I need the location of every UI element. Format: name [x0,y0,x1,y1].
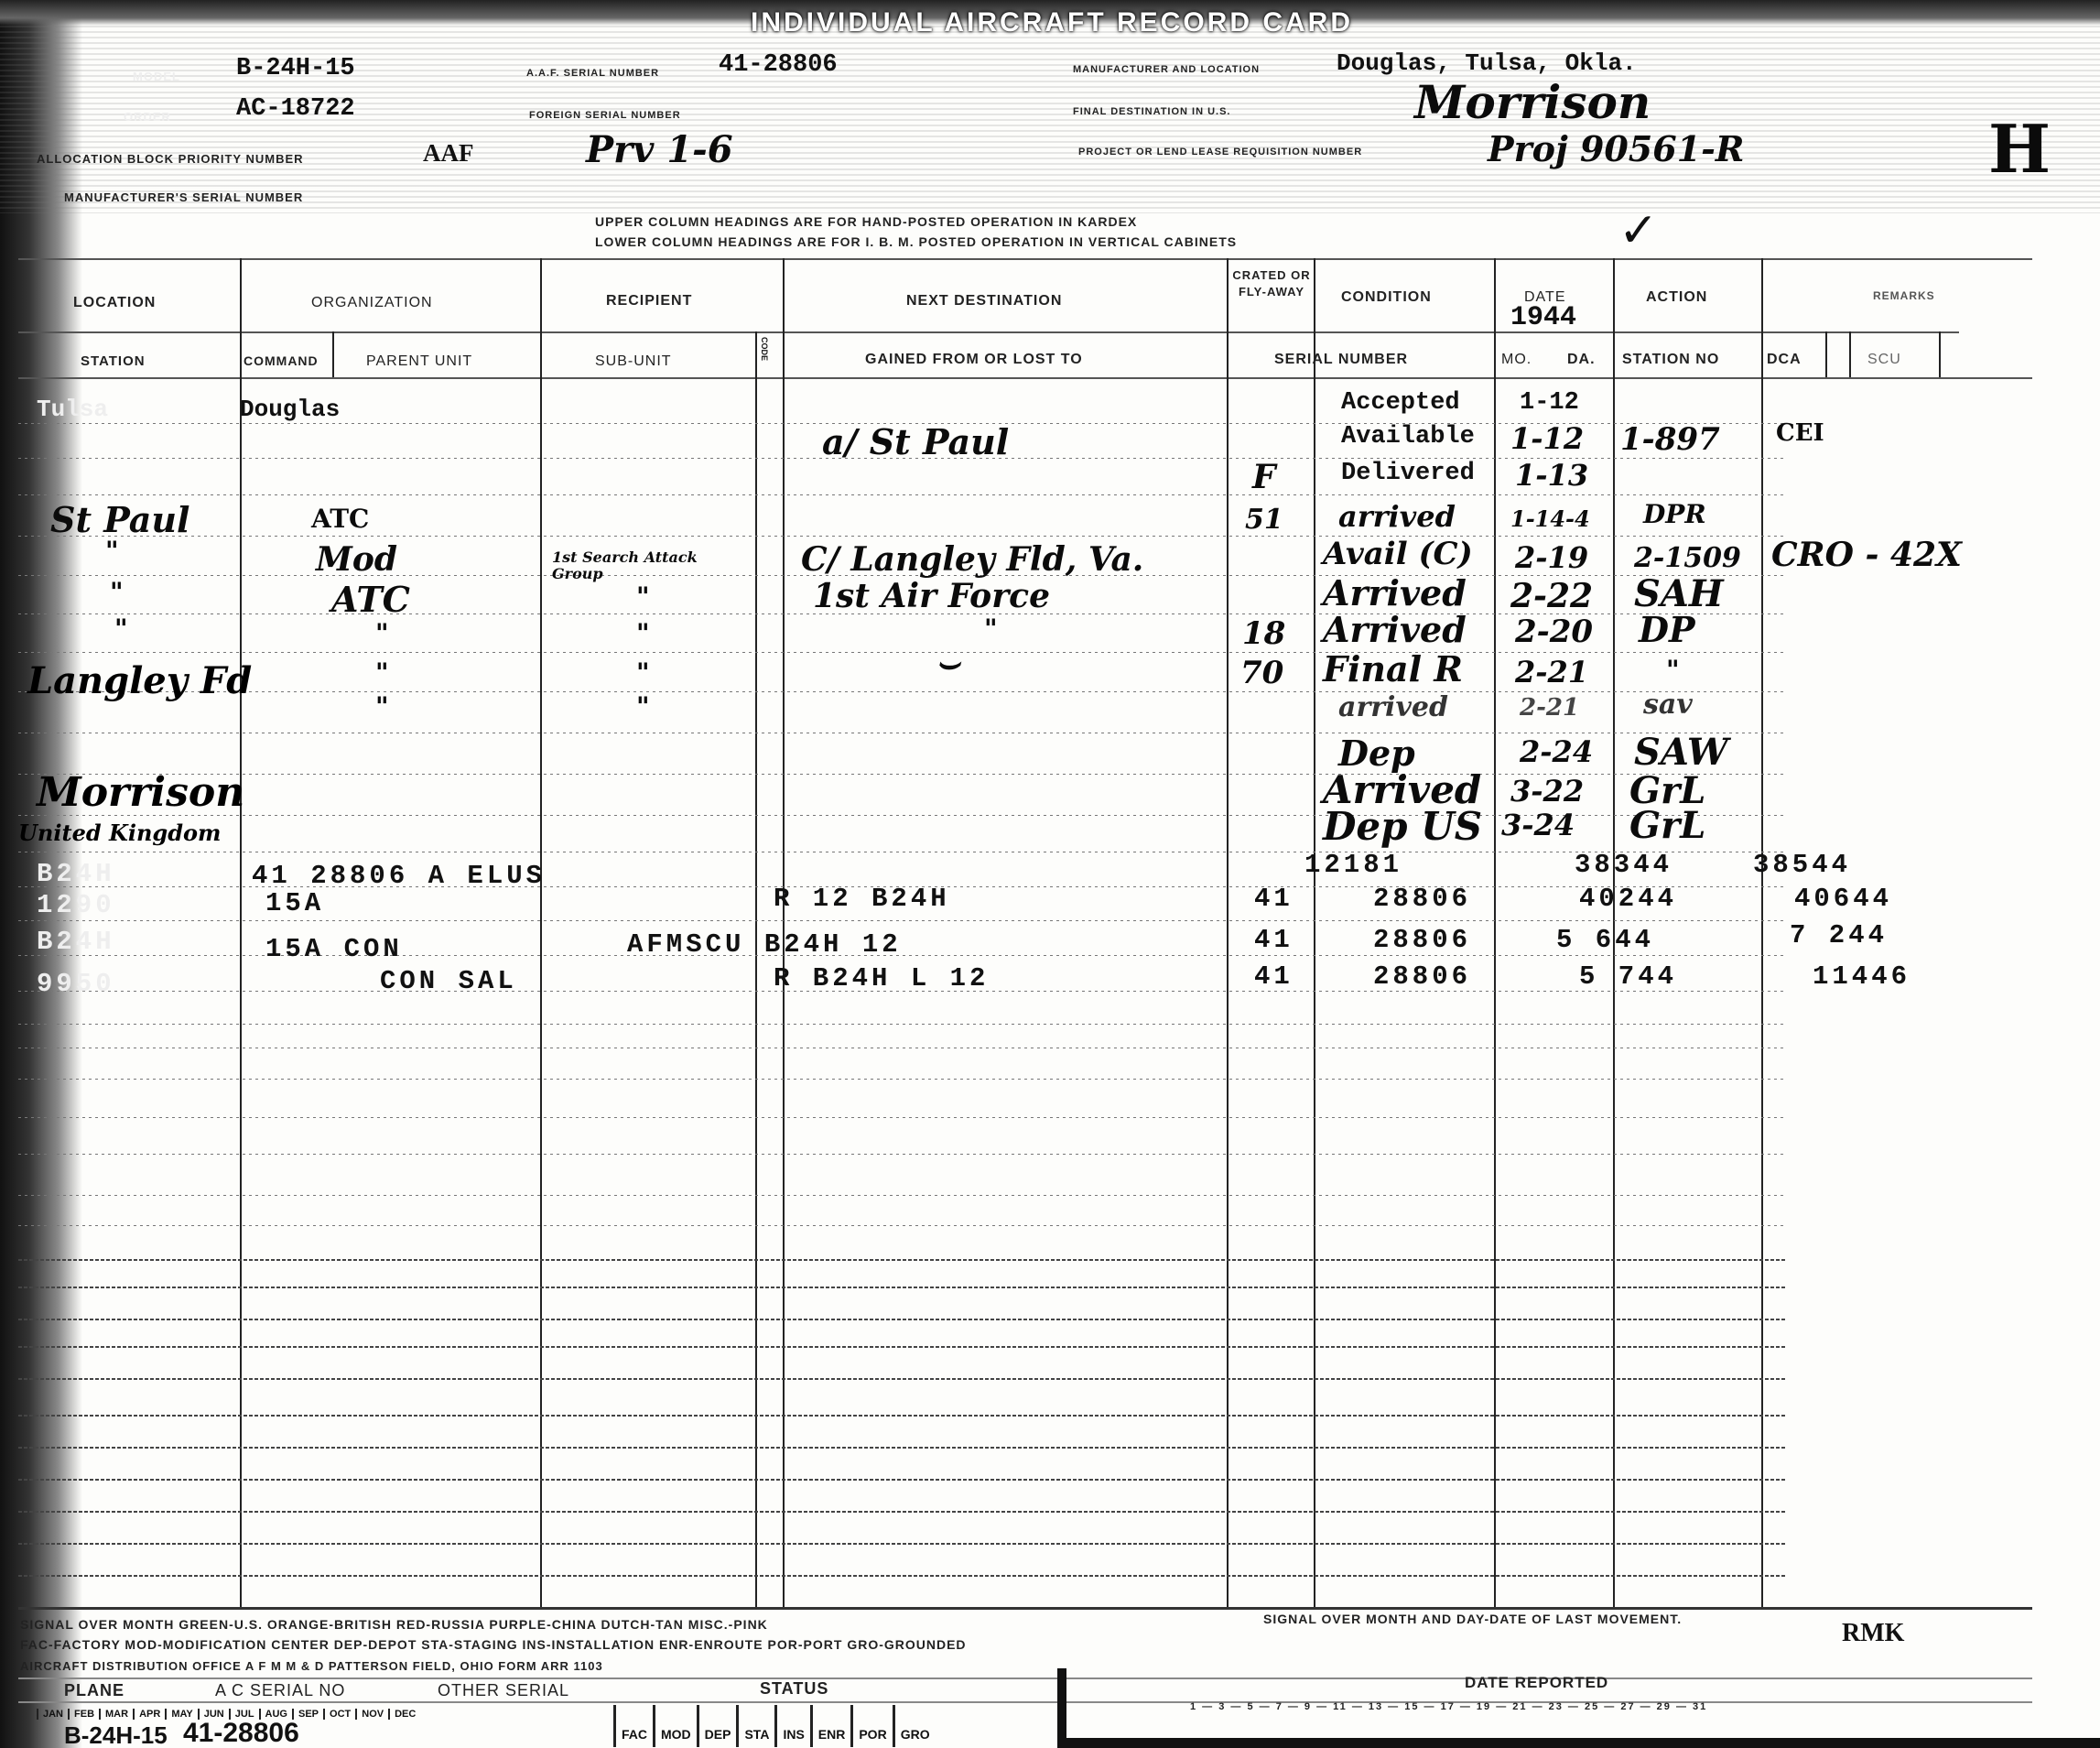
ibm-row-3-station: 9950 [37,969,115,999]
status-mod[interactable]: MOD [653,1705,697,1747]
entry-8-action: sav [1643,689,1693,721]
col-head-organization: ORGANIZATION [311,295,433,311]
row-rule [18,1287,1785,1288]
row-rule [18,1511,1785,1513]
col-line-dca2 [1849,331,1851,377]
row-rule [18,1575,1785,1577]
entry-1-remarks: CEI [1776,419,1824,447]
footer-office-line: AIRCRAFT DISTRIBUTION OFFICE A F M M & D… [20,1659,603,1673]
entry-11-condition: Dep US [1323,804,1482,849]
date-reported-day-scale: 1 — 3 — 5 — 7 — 9 — 11 — 13 — 15 — 17 — … [1190,1701,1707,1712]
entry-1-action: 1-897 [1620,421,1720,458]
ibm-row-2-model: AFMSCU B24H 12 [627,929,902,960]
row-rule [18,1378,1785,1380]
status-code-row: FACMODDEPSTAINSENRPORGRO [613,1705,936,1747]
entry-7-organization: " [375,657,389,688]
entry-10-date: 3-22 [1510,774,1584,809]
month-mar[interactable]: MAR [99,1709,133,1720]
footer-signal-legend: SIGNAL OVER MONTH GREEN-U.S. ORANGE-BRIT… [20,1617,768,1632]
col-sub-scu: SCU [1867,352,1901,368]
ibm-row-3-remarks: 11446 [1813,961,1911,992]
row-rule [18,536,1785,537]
entry-0-date: 1-12 [1520,389,1579,417]
ibm-row-1-model: R 12 B24H [774,884,950,914]
entry-4-location: " [105,536,119,566]
entry-4-remarks: CRO - 42X [1771,536,1962,574]
col-sub-station-no: STATION NO [1622,352,1719,368]
col-sub-da: DA. [1567,352,1596,368]
entry-7-crated: 70 [1240,655,1283,691]
order-label: ORDER [124,110,171,124]
col-sub-sub-unit: SUB-UNIT [595,353,672,370]
footer-plane-value: B-24H-15 [64,1721,168,1748]
col-line-7 [1494,258,1496,1609]
row-rule [18,1048,1785,1048]
header-mid-rule [18,331,1959,333]
ibm-row-1-date: 40244 [1579,884,1677,914]
row-rule [18,852,1785,852]
card-bottom-edge [1062,1738,2100,1748]
row-rule [18,1415,1785,1417]
entry-7-location: Langley Fd [27,659,252,702]
model-value: B-24H-15 [236,55,355,82]
body-bottom-rule [18,1607,2032,1610]
final-destination-label: FINAL DESTINATION IN U.S. [1073,106,1231,117]
entry-0-condition: Accepted [1341,389,1460,417]
ibm-row-3-date: 5 744 [1579,961,1677,992]
status-por[interactable]: POR [850,1705,892,1747]
entry-2-condition: Delivered [1341,460,1475,487]
entry-0-location: Tulsa [37,396,108,423]
col-head-location: LOCATION [73,295,156,311]
entry-3-organization: ATC [311,504,369,534]
row-rule [18,1259,1785,1261]
footer-rule [18,1677,2032,1679]
col-sub-dca: DCA [1767,352,1802,368]
project-value: Proj 90561-R [1488,128,1744,169]
ibm-row-2-prefix: 41 [1254,925,1294,955]
entry-6-destination: " [984,613,998,644]
entry-6-recipient: " [636,618,650,648]
entry-11-action: GrL [1629,804,1705,847]
footer-status-legend: FAC-FACTORY MOD-MODIFICATION CENTER DEP-… [20,1637,967,1652]
priority-label: ALLOCATION BLOCK PRIORITY NUMBER [37,152,304,166]
row-rule [18,1225,1785,1226]
row-rule [18,1154,1785,1155]
entry-5-condition: Arrived [1323,572,1467,613]
entry-6-condition: Arrived [1323,609,1467,650]
entry-2-date: 1-13 [1515,458,1588,493]
entry-4-organization: Mod [316,540,397,579]
col-head-action: ACTION [1646,289,1707,306]
ibm-row-3-prefix: 41 [1254,961,1294,992]
entry-1-condition: Available [1341,423,1475,451]
initials-stamp: RMK [1842,1619,1904,1648]
ibm-row-1-text: 15A [265,888,324,918]
col-head-crated: CRATED OR FLY-AWAY [1229,267,1314,300]
priority-value: AAF [423,139,474,168]
ibm-row-0-text: 41 28806 A ELUS [252,861,546,891]
ibm-row-0-serial: 12181 [1304,850,1402,880]
col-line-5 [1227,258,1229,1609]
row-rule [18,1346,1785,1348]
entry-1-destination: a/ St Paul [822,421,1009,462]
ibm-row-0-date: 38344 [1575,850,1672,880]
entry-7-action: " [1666,655,1680,685]
entry-1-date: 1-12 [1510,421,1584,456]
manufacturer-location-value: Douglas, Tulsa, Okla. [1337,49,1637,77]
row-rule [18,691,1785,692]
ibm-row-2-station: B24H [37,927,115,957]
col-sub-station: STATION [81,353,146,369]
header-bottom-rule [18,377,2032,379]
entry-4-action: 2-1509 [1634,542,1741,574]
ibm-row-1-station: 1290 [37,890,115,920]
row-rule [18,1195,1785,1196]
ibm-row-3-text: CON SAL [380,966,517,996]
ibm-row-1-prefix: 41 [1254,884,1294,914]
date-year: 1944 [1510,302,1576,333]
entry-3-crated: 51 [1245,504,1283,536]
entry-4-destination: C/ Langley Fld, Va. [801,540,1143,579]
month-oct[interactable]: OCT [323,1709,355,1720]
entry-9-date: 2-24 [1520,734,1593,769]
month-jan[interactable]: JAN [37,1709,68,1720]
entry-0-organization: Douglas [240,396,340,423]
col-sub-command: COMMAND [244,353,319,368]
model-label: MODEL [133,70,180,83]
status-gro[interactable]: GRO [893,1705,936,1747]
month-apr[interactable]: APR [133,1709,165,1720]
col-head-recipient: RECIPIENT [606,293,692,309]
ibm-row-2-text: 15A CON [265,934,403,964]
manufacturer-location-label: MANUFACTURER AND LOCATION [1073,64,1260,75]
row-rule [18,1543,1785,1545]
entry-5-date: 2-22 [1510,577,1593,615]
footer-signal-date-note: SIGNAL OVER MONTH AND DAY-DATE OF LAST M… [1263,1612,1682,1626]
col-sub-parent-unit: PARENT UNIT [366,353,472,370]
row-rule [18,652,1785,653]
col-line-3 [755,331,757,1609]
col-head-condition: CONDITION [1341,289,1432,306]
col-sub-serial-number: SERIAL NUMBER [1274,352,1408,368]
footer-date-reported-label: DATE REPORTED [1465,1674,1608,1692]
entry-5-recipient: " [636,581,650,612]
footer-ac-serial-value: 41-28806 [183,1718,299,1748]
entry-5-destination: 1st Air Force [813,577,1050,615]
entry-3-date: 1-14-4 [1510,505,1590,532]
entry-6-date: 2-20 [1515,613,1593,650]
ibm-row-3-serial: 28806 [1373,961,1471,992]
note-lower-headings: LOWER COLUMN HEADINGS ARE FOR I. B. M. P… [595,234,1237,249]
footer-plane-label: PLANE [64,1681,124,1700]
col-sub-gained-lost: GAINED FROM OR LOST TO [865,352,1083,368]
card-tab-divider [1057,1668,1066,1748]
entry-8-condition: arrived [1338,691,1448,723]
col-head-remarks: REMARKS [1873,289,1935,302]
entry-6-action: DP [1639,609,1695,650]
footer-ac-serial-label: A C SERIAL NO [215,1681,345,1700]
entry-4-date: 2-19 [1515,540,1588,575]
status-enr[interactable]: ENR [810,1705,851,1747]
entry-11-location: United Kingdom [18,820,221,846]
entry-11-date: 3-24 [1501,808,1575,842]
entry-8-recipient: " [636,691,650,722]
status-fac[interactable]: FAC [613,1705,653,1747]
col-line-command [332,331,334,377]
entry-10-location: Morrison [37,769,244,816]
col-line-1 [240,258,242,1609]
col-line-scu [1939,331,1941,377]
entry-5-location: " [110,577,124,607]
aircraft-record-card: INDIVIDUAL AIRCRAFT RECORD CARD MODEL B-… [0,0,2100,1748]
entry-7-date: 2-21 [1515,655,1588,689]
entry-7-condition: Final R [1323,648,1463,689]
col-line-9 [1761,258,1763,1609]
ibm-row-2-remarks: 7 244 [1790,920,1888,950]
card-title: INDIVIDUAL AIRCRAFT RECORD CARD [751,7,1353,38]
corner-mark: H [1988,110,2051,188]
entry-3-action: DPR [1643,499,1706,529]
row-rule [18,1447,1785,1449]
row-rule [18,733,1785,733]
aaf-serial-value: 41-28806 [719,51,838,79]
footer-status-label: STATUS [760,1679,828,1699]
check-mark-icon: ✓ [1618,203,1659,258]
foreign-serial-label: FOREIGN SERIAL NUMBER [529,110,681,121]
col-line-dca [1825,331,1827,377]
entry-4-recipient: 1st Search Attack Group [552,549,717,582]
row-rule [18,1479,1785,1481]
ibm-row-0-station: B24H [37,859,115,889]
entry-3-condition: arrived [1338,499,1456,534]
ibm-row-0-remarks: 38544 [1753,850,1851,880]
entry-3-location: St Paul [50,499,189,540]
col-head-next-destination: NEXT DESTINATION [906,293,1062,309]
entry-2-crated: F [1252,458,1276,496]
entry-8-date: 2-21 [1520,694,1579,722]
status-sta[interactable]: STA [736,1705,774,1747]
row-rule [18,1117,1785,1118]
month-dec[interactable]: DEC [388,1709,420,1720]
status-dep[interactable]: DEP [697,1705,737,1747]
col-sub-code: CODE [760,337,769,361]
entry-7-recipient: " [636,657,650,688]
footer-rule-2 [18,1701,2032,1703]
row-rule [18,1024,1785,1025]
entry-8-organization: " [375,691,389,722]
final-destination-value: Morrison [1414,75,1651,129]
footer-other-serial-label: OTHER SERIAL [438,1681,569,1700]
ibm-row-1-serial: 28806 [1373,884,1471,914]
row-rule [18,1079,1785,1080]
col-line-2 [540,258,542,1609]
month-feb[interactable]: FEB [68,1709,99,1720]
manufacturer-serial-label: MANUFACTURER'S SERIAL NUMBER [64,190,303,204]
col-line-6 [1314,258,1315,1609]
ibm-row-2-date: 5 644 [1556,925,1654,955]
entry-6-location: " [114,613,128,644]
order-value: AC-18722 [236,95,355,123]
month-nov[interactable]: NOV [355,1709,388,1720]
row-rule [18,920,1785,921]
entry-6-organization: " [375,618,389,648]
entry-7-destination-flourish: ⌣ [936,641,959,684]
row-rule [18,1319,1785,1320]
aaf-serial-label: A.A.F. SERIAL NUMBER [526,68,659,79]
header-top-rule [18,258,2032,260]
entry-5-organization: ATC [331,579,410,620]
entry-9-action: SAW [1634,731,1728,774]
priority-handwritten: Prv 1-6 [586,128,733,171]
entry-6-crated: 18 [1242,615,1285,652]
ibm-row-2-serial: 28806 [1373,925,1471,955]
ibm-row-3-model: R B24H L 12 [774,963,989,993]
note-upper-headings: UPPER COLUMN HEADINGS ARE FOR HAND-POSTE… [595,214,1137,229]
row-rule [18,494,1785,495]
status-ins[interactable]: INS [774,1705,809,1747]
project-label: PROJECT OR LEND LEASE REQUISITION NUMBER [1078,147,1362,157]
col-sub-mo: MO. [1501,352,1532,368]
ibm-row-1-remarks: 40644 [1794,884,1892,914]
entry-4-condition: Avail (C) [1323,536,1473,572]
